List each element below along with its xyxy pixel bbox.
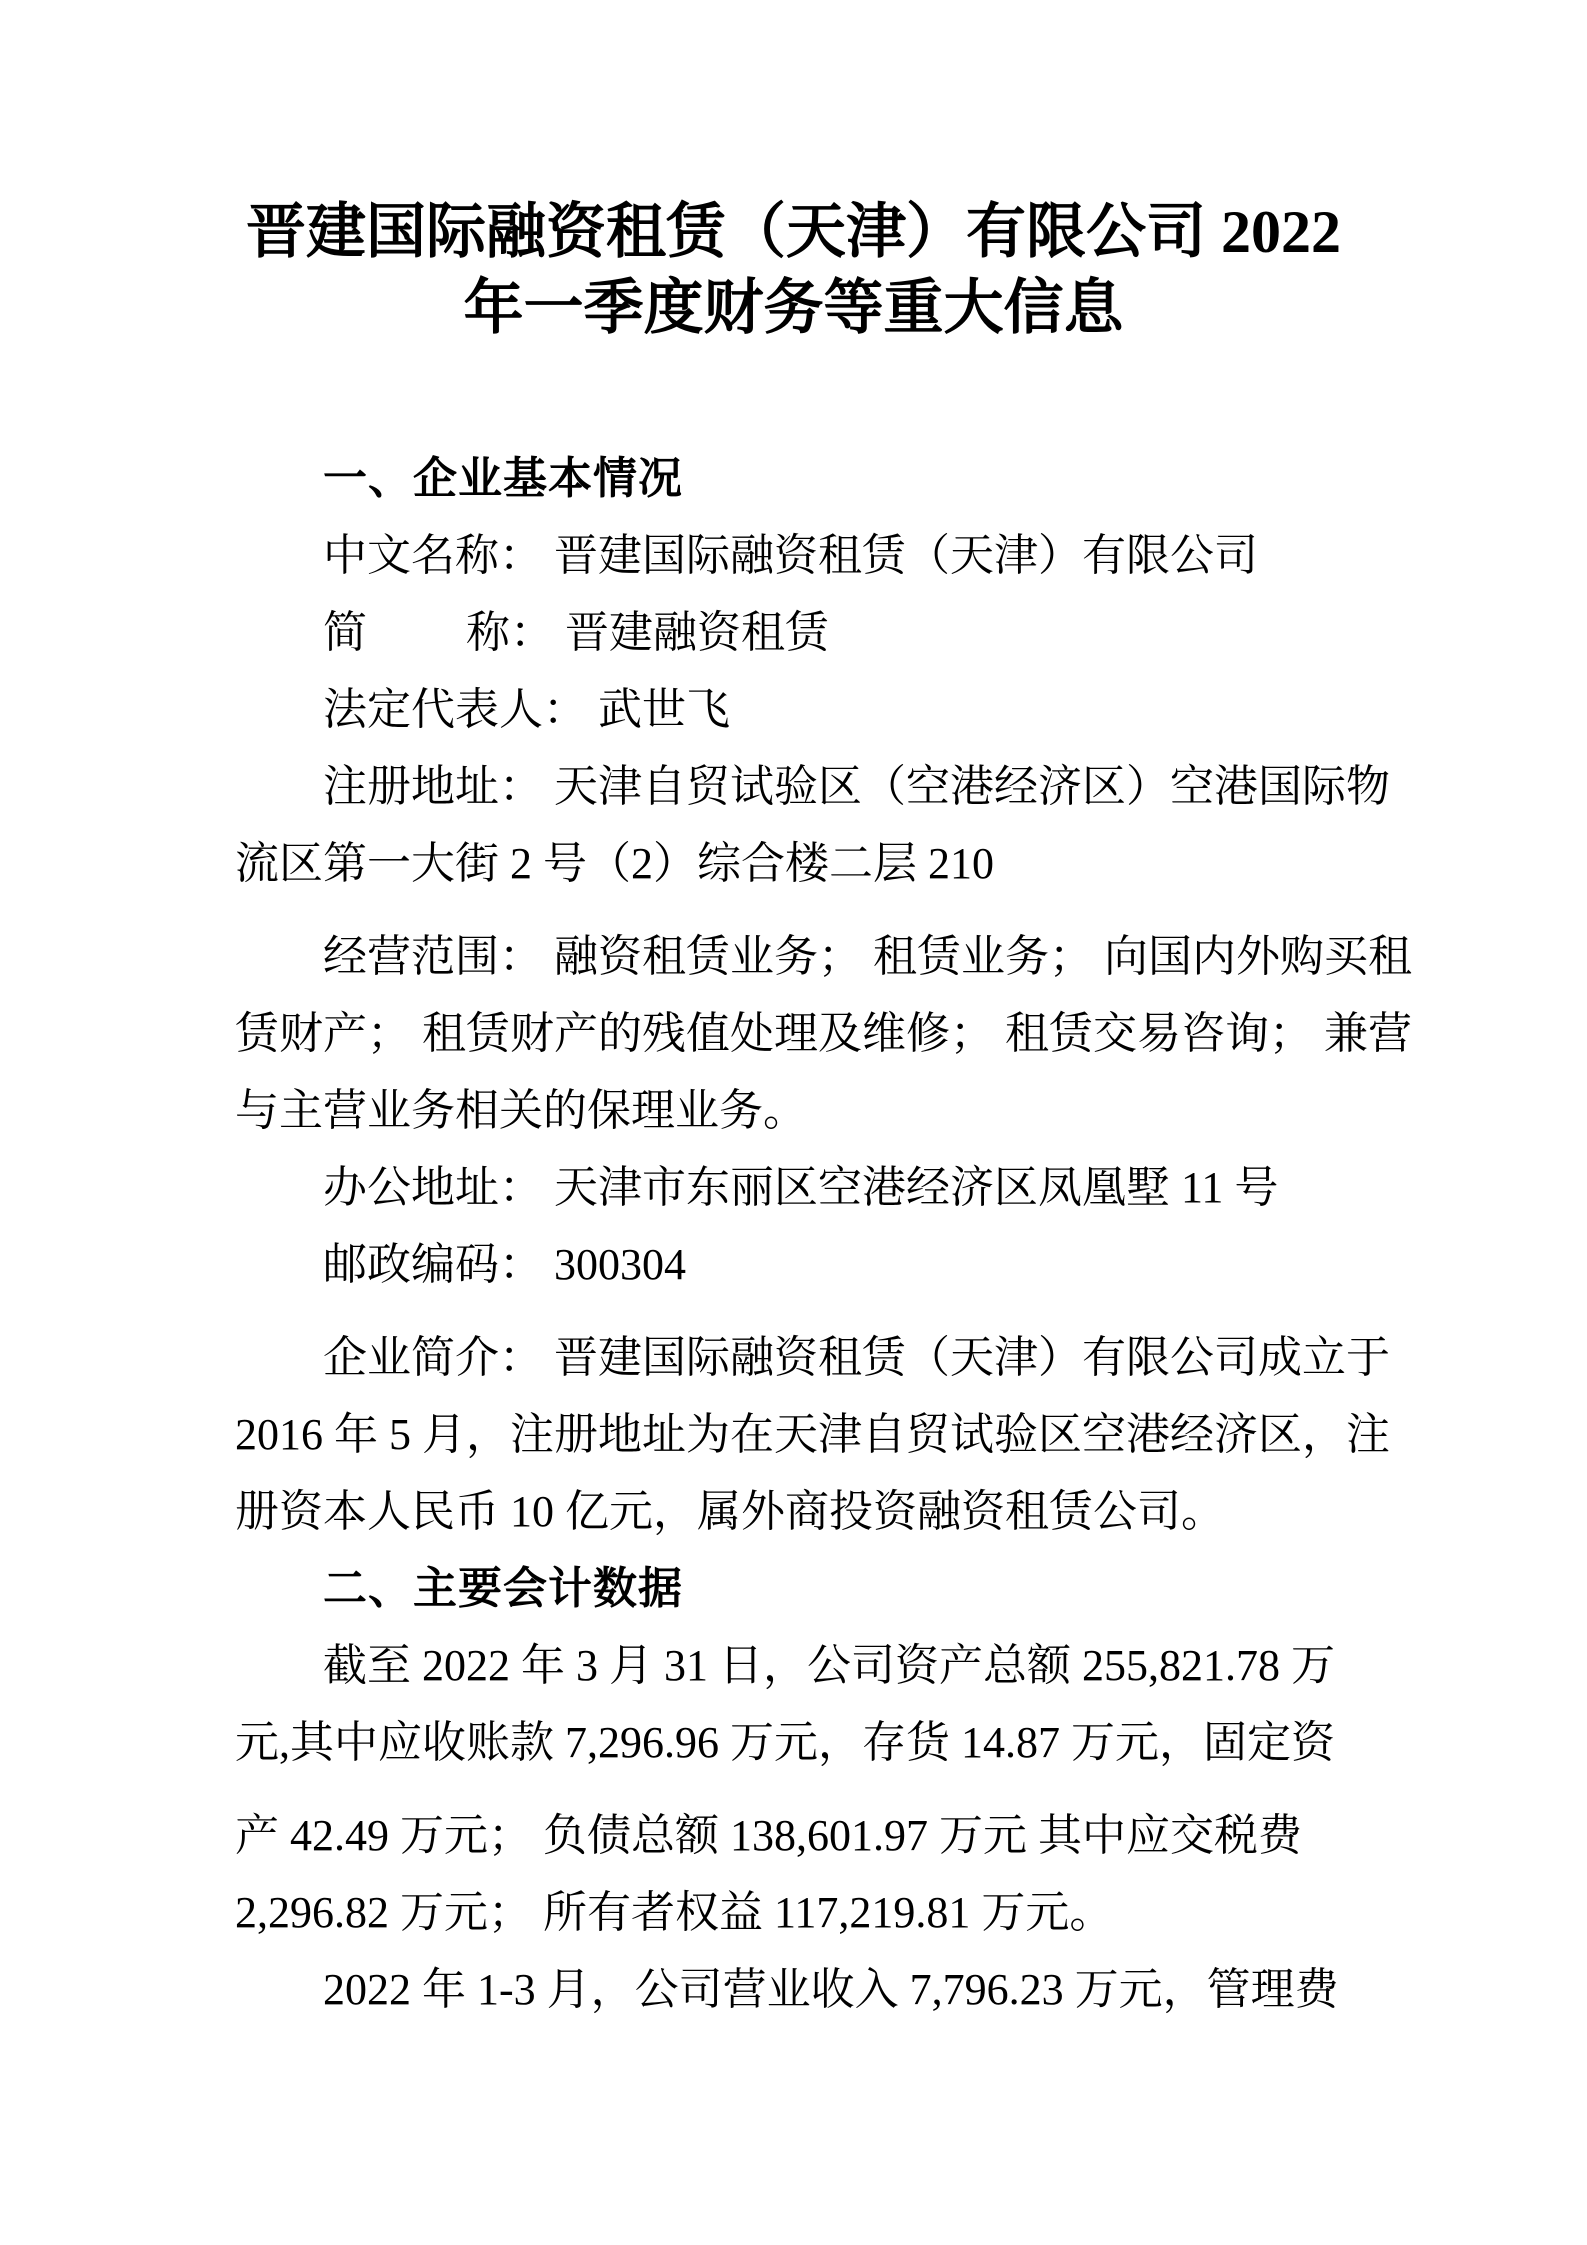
section-heading-accounting-data: 二、主要会计数据	[235, 1550, 1355, 1627]
text-line-profile-3: 册资本人民币 10 亿元，属外商投资融资租赁公司。	[235, 1473, 1355, 1550]
text-line-office-address: 办公地址： 天津市东丽区空港经济区凤凰墅 11 号	[235, 1149, 1355, 1226]
document-title: 晋建国际融资租赁（天津）有限公司 2022 年一季度财务等重大信息	[0, 194, 1587, 346]
text-line-accounting-3: 产 42.49 万元； 负债总额 138,601.97 万元 其中应交税费	[235, 1797, 1355, 1874]
text-line-short-name: 简 称： 晋建融资租赁	[235, 594, 1355, 671]
text-line-revenue: 2022 年 1-3 月，公司营业收入 7,796.23 万元，管理费	[235, 1951, 1355, 2028]
document-title-line2: 年一季度财务等重大信息	[0, 270, 1587, 346]
text-line-profile-1: 企业简介： 晋建国际融资租赁（天津）有限公司成立于	[235, 1319, 1355, 1396]
text-line-chinese-name: 中文名称： 晋建国际融资租赁（天津）有限公司	[235, 517, 1355, 594]
section-heading-basic-info: 一、企业基本情况	[235, 440, 1355, 517]
text-line-accounting-1: 截至 2022 年 3 月 31 日，公司资产总额 255,821.78 万	[235, 1627, 1355, 1704]
document-body: 一、企业基本情况 中文名称： 晋建国际融资租赁（天津）有限公司 简 称： 晋建融…	[235, 440, 1355, 2028]
document-title-line1: 晋建国际融资租赁（天津）有限公司 2022	[0, 194, 1587, 270]
text-line-business-scope-2: 赁财产； 租赁财产的残值处理及维修； 租赁交易咨询； 兼营	[235, 995, 1355, 1072]
text-line-business-scope-3: 与主营业务相关的保理业务。	[235, 1072, 1355, 1149]
text-line-postal-code: 邮政编码： 300304	[235, 1226, 1355, 1303]
text-line-profile-2: 2016 年 5 月，注册地址为在天津自贸试验区空港经济区，注	[235, 1396, 1355, 1473]
text-line-accounting-4: 2,296.82 万元； 所有者权益 117,219.81 万元。	[235, 1874, 1355, 1951]
text-line-business-scope-1: 经营范围： 融资租赁业务； 租赁业务； 向国内外购买租	[235, 918, 1355, 995]
text-line-accounting-2: 元,其中应收账款 7,296.96 万元，存货 14.87 万元，固定资	[235, 1704, 1355, 1781]
document-page: 晋建国际融资租赁（天津）有限公司 2022 年一季度财务等重大信息 一、企业基本…	[0, 0, 1587, 2245]
text-line-reg-address-1: 注册地址： 天津自贸试验区（空港经济区）空港国际物	[235, 748, 1355, 825]
text-line-reg-address-2: 流区第一大街 2 号（2）综合楼二层 210	[235, 825, 1355, 902]
text-line-legal-rep: 法定代表人： 武世飞	[235, 671, 1355, 748]
